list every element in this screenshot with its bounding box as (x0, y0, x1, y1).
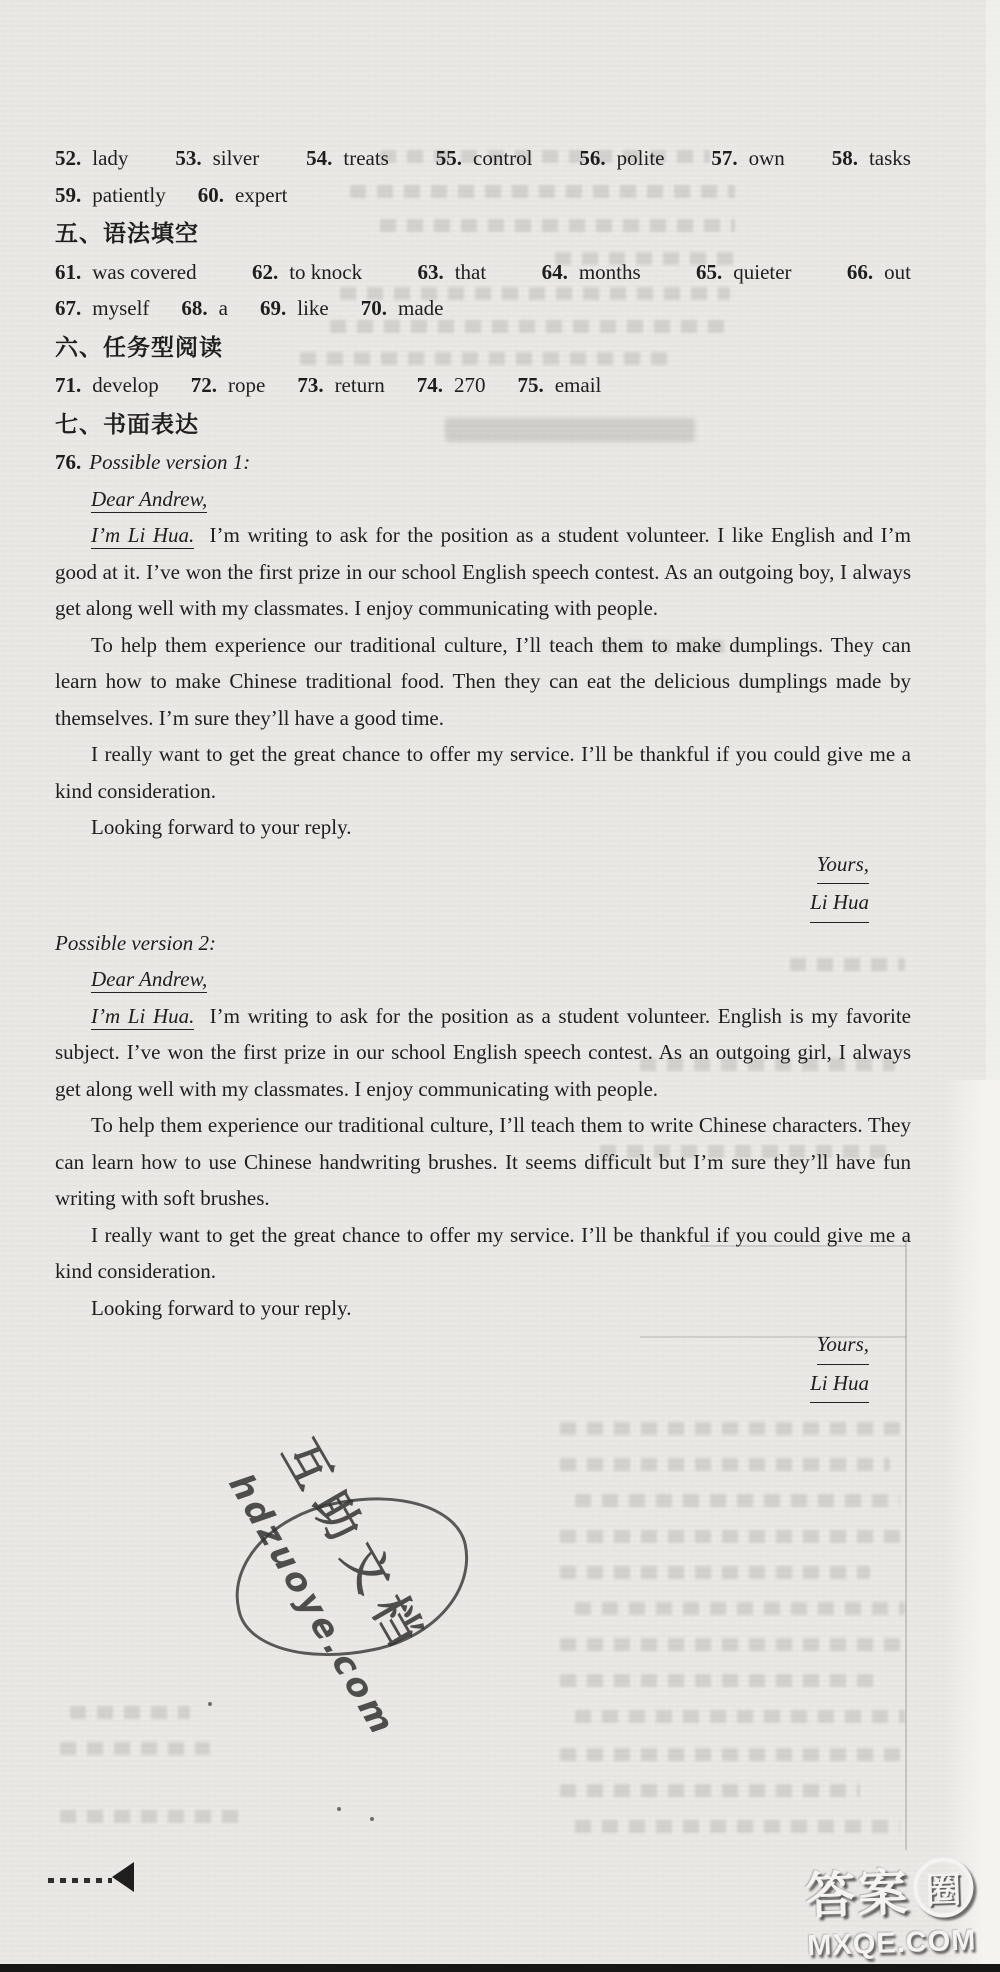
bleedthrough-ghost (575, 1602, 905, 1615)
mxqe-brand-watermark: 答案 圈 MXQE.COM (804, 1850, 998, 1964)
bleedthrough-ghost (560, 1748, 900, 1761)
answer-item: 55.control (436, 140, 533, 177)
left-arrow-icon (112, 1862, 134, 1892)
bleedthrough-ghost (575, 1710, 905, 1723)
answer-item: 60.expert (198, 177, 288, 214)
brand-site-text: MXQE.COM (807, 1924, 998, 1964)
essay-version2-signature: Li Hua (55, 1365, 911, 1404)
answers-row-59-60: 59.patiently 60.expert (55, 177, 911, 214)
answer-item: 57.own (711, 140, 784, 177)
answers-row-52-58: 52.lady 53.silver 54.treats 55.control 5… (55, 140, 911, 177)
essay-version1-paragraph3: I really want to get the great chance to… (55, 736, 911, 809)
dotted-leader-line (48, 1878, 112, 1883)
answer-key-content: 52.lady 53.silver 54.treats 55.control 5… (55, 140, 911, 1403)
essay-version1-title: 76.Possible version 1: (55, 444, 911, 481)
section-heading-grammar: 五、语法填空 (55, 215, 911, 252)
essay-version1-closing: Yours, (55, 846, 911, 885)
page-edge-light (945, 1080, 1000, 1972)
bleedthrough-ghost (560, 1638, 900, 1651)
brand-cn-row: 答案 圈 (804, 1850, 996, 1929)
essay-version1-paragraph4: Looking forward to your reply. (55, 809, 911, 846)
answer-item: 71.develop (55, 367, 159, 404)
essay-version1-salutation: Dear Andrew, (55, 481, 911, 518)
answer-item: 72.rope (191, 367, 266, 404)
answer-item: 66.out (847, 254, 911, 291)
essay-version2-paragraph1: I’m Li Hua. I’m writing to ask for the p… (55, 998, 911, 1108)
bleedthrough-ghost (560, 1458, 890, 1471)
answer-item: 64.months (542, 254, 641, 291)
bleedthrough-ghost (560, 1784, 860, 1797)
answers-row-61-66: 61.was covered 62.to knock 63.that 64.mo… (55, 254, 911, 291)
answer-item: 63.that (417, 254, 486, 291)
answer-item: 74.270 (417, 367, 486, 404)
answer-item: 53.silver (175, 140, 259, 177)
essay-version1-signature: Li Hua (55, 884, 911, 923)
answer-item: 58.tasks (832, 140, 911, 177)
answer-item: 62.to knock (252, 254, 362, 291)
answer-item: 73.return (297, 367, 384, 404)
scanned-answer-page: { "answers": { "section5_title": "五、语法填空… (0, 0, 1000, 1972)
essay-version2-paragraph2: To help them experience our traditional … (55, 1107, 911, 1217)
bleedthrough-ghost (70, 1706, 190, 1719)
answer-item: 54.treats (306, 140, 389, 177)
bleedthrough-ghost (560, 1530, 900, 1543)
section-heading-task-reading: 六、任务型阅读 (55, 329, 911, 366)
bleedthrough-ghost (560, 1422, 900, 1435)
answer-item: 59.patiently (55, 177, 166, 214)
hdzuoye-watermark-stamp: 互助文档 hdzuoye.com (225, 1425, 505, 1735)
bleedthrough-ghost (560, 1674, 880, 1687)
bleedthrough-ghost (60, 1810, 240, 1823)
brand-circled-char: 圈 (912, 1856, 974, 1918)
bleedthrough-ghost (575, 1820, 900, 1833)
answer-item: 69.like (260, 290, 329, 327)
answers-row-71-75: 71.develop 72.rope 73.return 74.270 75.e… (55, 367, 911, 404)
answer-item: 67.myself (55, 290, 149, 327)
brand-cn-text: 答案 (804, 1853, 910, 1929)
section-heading-writing: 七、书面表达 (55, 406, 911, 443)
essay-version2-closing: Yours, (55, 1326, 911, 1365)
essay-version2-salutation: Dear Andrew, (55, 961, 911, 998)
answer-item: 56.polite (579, 140, 664, 177)
answer-item: 65.quieter (696, 254, 792, 291)
essay-version1-paragraph1: I’m Li Hua. I’m writing to ask for the p… (55, 517, 911, 627)
essay-version1-paragraph2: To help them experience our traditional … (55, 627, 911, 737)
answer-item: 68.a (181, 290, 228, 327)
scan-speck (337, 1807, 341, 1811)
answer-item: 75.email (517, 367, 601, 404)
page-edge-light-top (986, 0, 1000, 1080)
answer-item: 70.made (361, 290, 444, 327)
scan-bottom-edge (0, 1964, 1000, 1972)
bleedthrough-ghost (560, 1566, 870, 1579)
bleedthrough-ghost (575, 1494, 900, 1507)
answer-item: 61.was covered (55, 254, 197, 291)
bleedthrough-ghost (60, 1742, 210, 1755)
scan-speck (370, 1817, 374, 1821)
scan-speck (208, 1702, 212, 1706)
essay-version2-title: Possible version 2: (55, 925, 911, 962)
essay-version2-paragraph3: I really want to get the great chance to… (55, 1217, 911, 1290)
essay-version2-paragraph4: Looking forward to your reply. (55, 1290, 911, 1327)
answer-item: 52.lady (55, 140, 128, 177)
answers-row-67-70: 67.myself 68.a 69.like 70.made (55, 290, 911, 327)
